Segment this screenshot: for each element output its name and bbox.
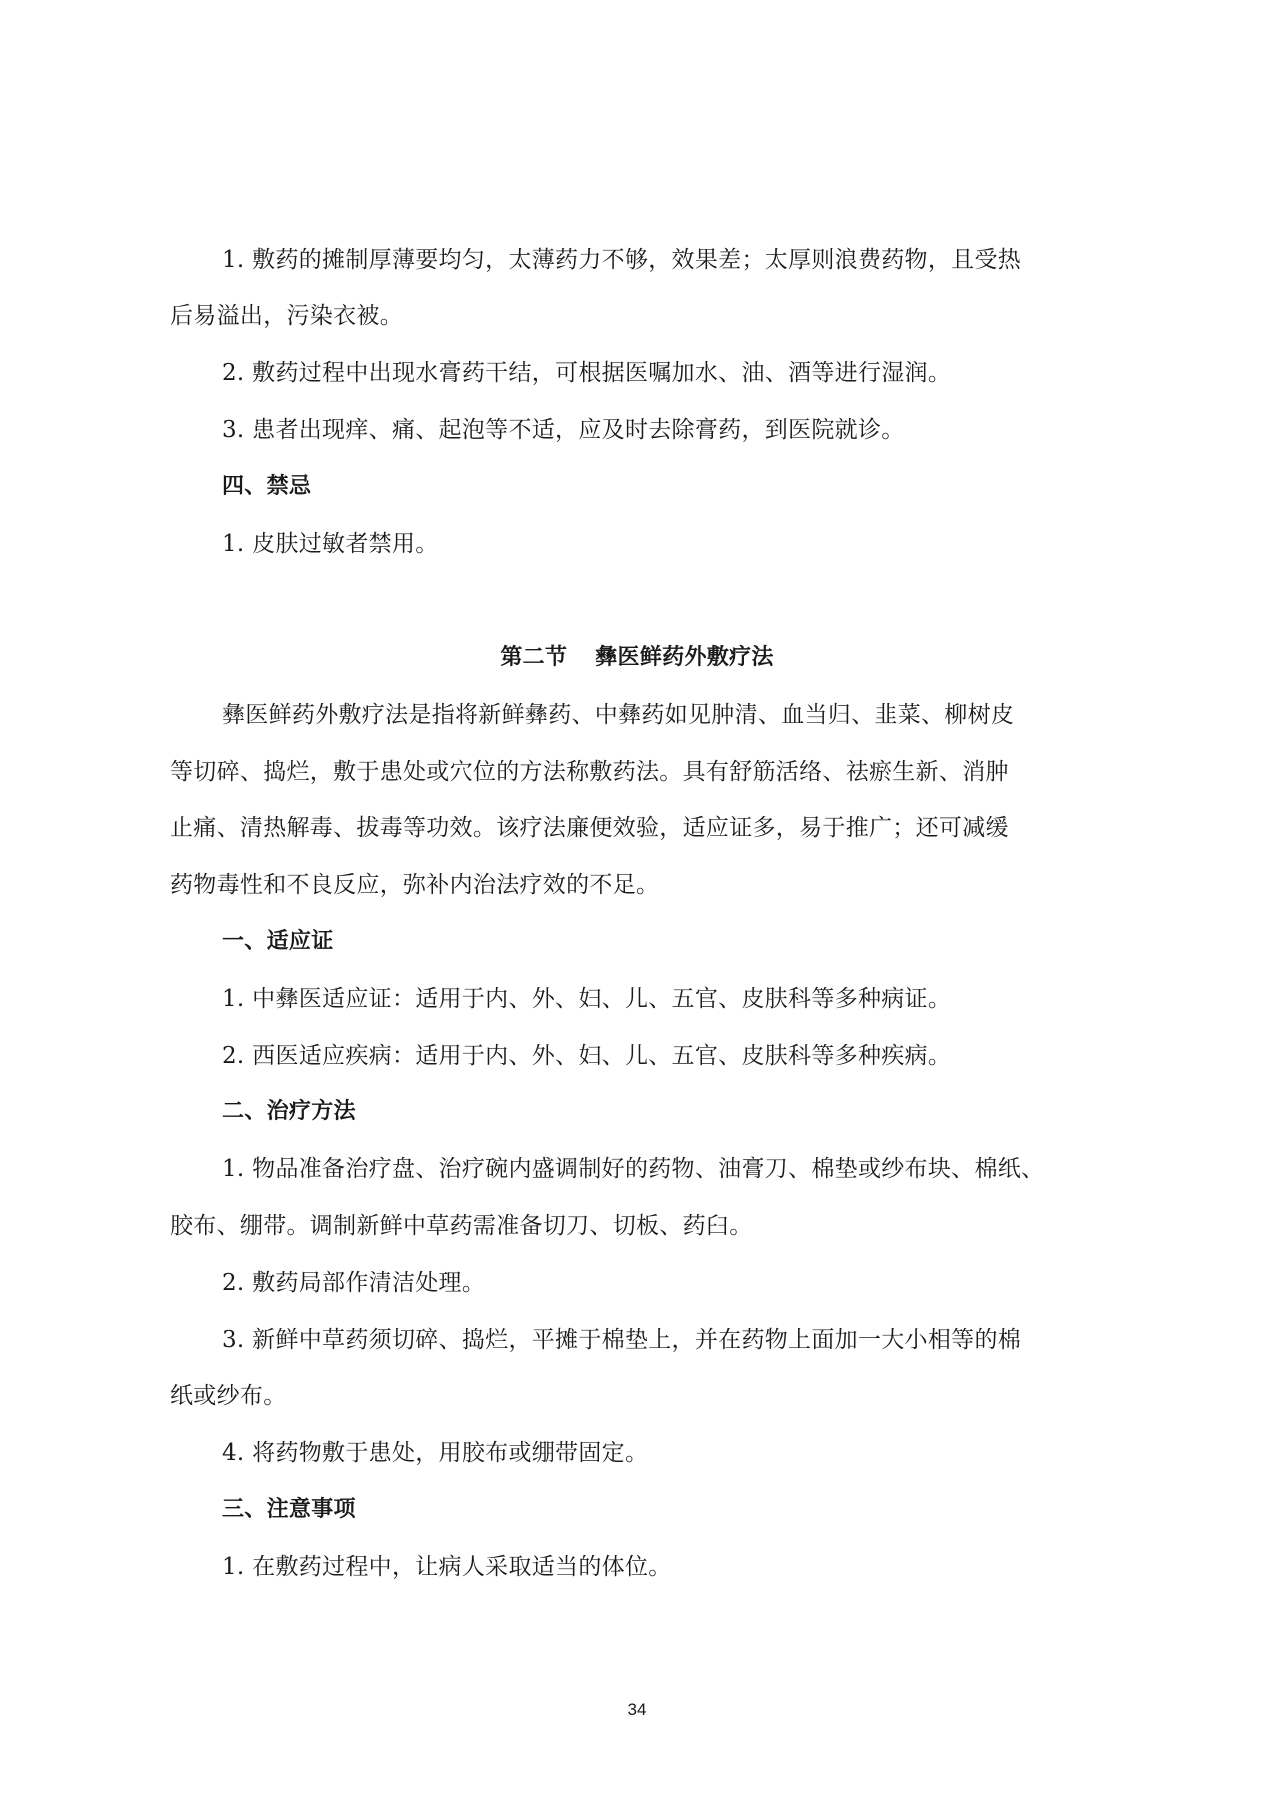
section-title: 第二节彝医鲜药外敷疗法 bbox=[0, 643, 1274, 673]
treatment-1-line-1: 1. 物品准备治疗盘、治疗碗内盛调制好的药物、油膏刀、棉垫或纱布块、棉纸、 bbox=[222, 1154, 1044, 1184]
note-3: 3. 患者出现痒、痛、起泡等不适，应及时去除膏药，到医院就诊。 bbox=[222, 415, 905, 445]
intro-line-3: 止痛、清热解毒、拔毒等功效。该疗法廉便效验，适应证多，易于推广；还可减缓 bbox=[170, 813, 1009, 843]
page-number: 34 bbox=[0, 1700, 1274, 1720]
precaution-1: 1. 在敷药过程中，让病人采取适当的体位。 bbox=[222, 1552, 672, 1582]
intro-line-2: 等切碎、捣烂，敷于患处或穴位的方法称敷药法。具有舒筋活络、祛瘀生新、消肿 bbox=[170, 757, 1009, 787]
heading-treatment: 二、治疗方法 bbox=[222, 1097, 356, 1127]
heading-precautions: 三、注意事项 bbox=[222, 1495, 356, 1525]
note-1-line-1: 1. 敷药的摊制厚薄要均匀，太薄药力不够，效果差；太厚则浪费药物，且受热 bbox=[222, 245, 1021, 275]
note-2: 2. 敷药过程中出现水膏药干结，可根据医嘱加水、油、酒等进行湿润。 bbox=[222, 358, 951, 388]
heading-indications: 一、适应证 bbox=[222, 927, 334, 957]
treatment-3-line-2: 纸或纱布。 bbox=[170, 1381, 287, 1411]
treatment-1-line-2: 胶布、绷带。调制新鲜中草药需准备切刀、切板、药臼。 bbox=[170, 1211, 753, 1241]
intro-line-4: 药物毒性和不良反应，弥补内治法疗效的不足。 bbox=[170, 870, 659, 900]
section-name: 彝医鲜药外敷疗法 bbox=[595, 645, 773, 670]
heading-contraindications: 四、禁忌 bbox=[222, 472, 311, 502]
document-page: 1. 敷药的摊制厚薄要均匀，太薄药力不够，效果差；太厚则浪费药物，且受热 后易溢… bbox=[0, 0, 1274, 1801]
note-1-line-2: 后易溢出，污染衣被。 bbox=[170, 301, 403, 331]
intro-line-1: 彝医鲜药外敷疗法是指将新鲜彝药、中彝药如见肿清、血当归、韭菜、柳树皮 bbox=[222, 700, 1014, 730]
treatment-4: 4. 将药物敷于患处，用胶布或绷带固定。 bbox=[222, 1438, 648, 1468]
treatment-3-line-1: 3. 新鲜中草药须切碎、捣烂，平摊于棉垫上，并在药物上面加一大小相等的棉 bbox=[222, 1325, 1021, 1355]
indication-1: 1. 中彝医适应证：适用于内、外、妇、儿、五官、皮肤科等多种病证。 bbox=[222, 984, 951, 1014]
contraindication-1: 1. 皮肤过敏者禁用。 bbox=[222, 529, 439, 559]
treatment-2: 2. 敷药局部作清洁处理。 bbox=[222, 1268, 485, 1298]
indication-2: 2. 西医适应疾病：适用于内、外、妇、儿、五官、皮肤科等多种疾病。 bbox=[222, 1041, 951, 1071]
section-number: 第二节 bbox=[500, 645, 567, 670]
